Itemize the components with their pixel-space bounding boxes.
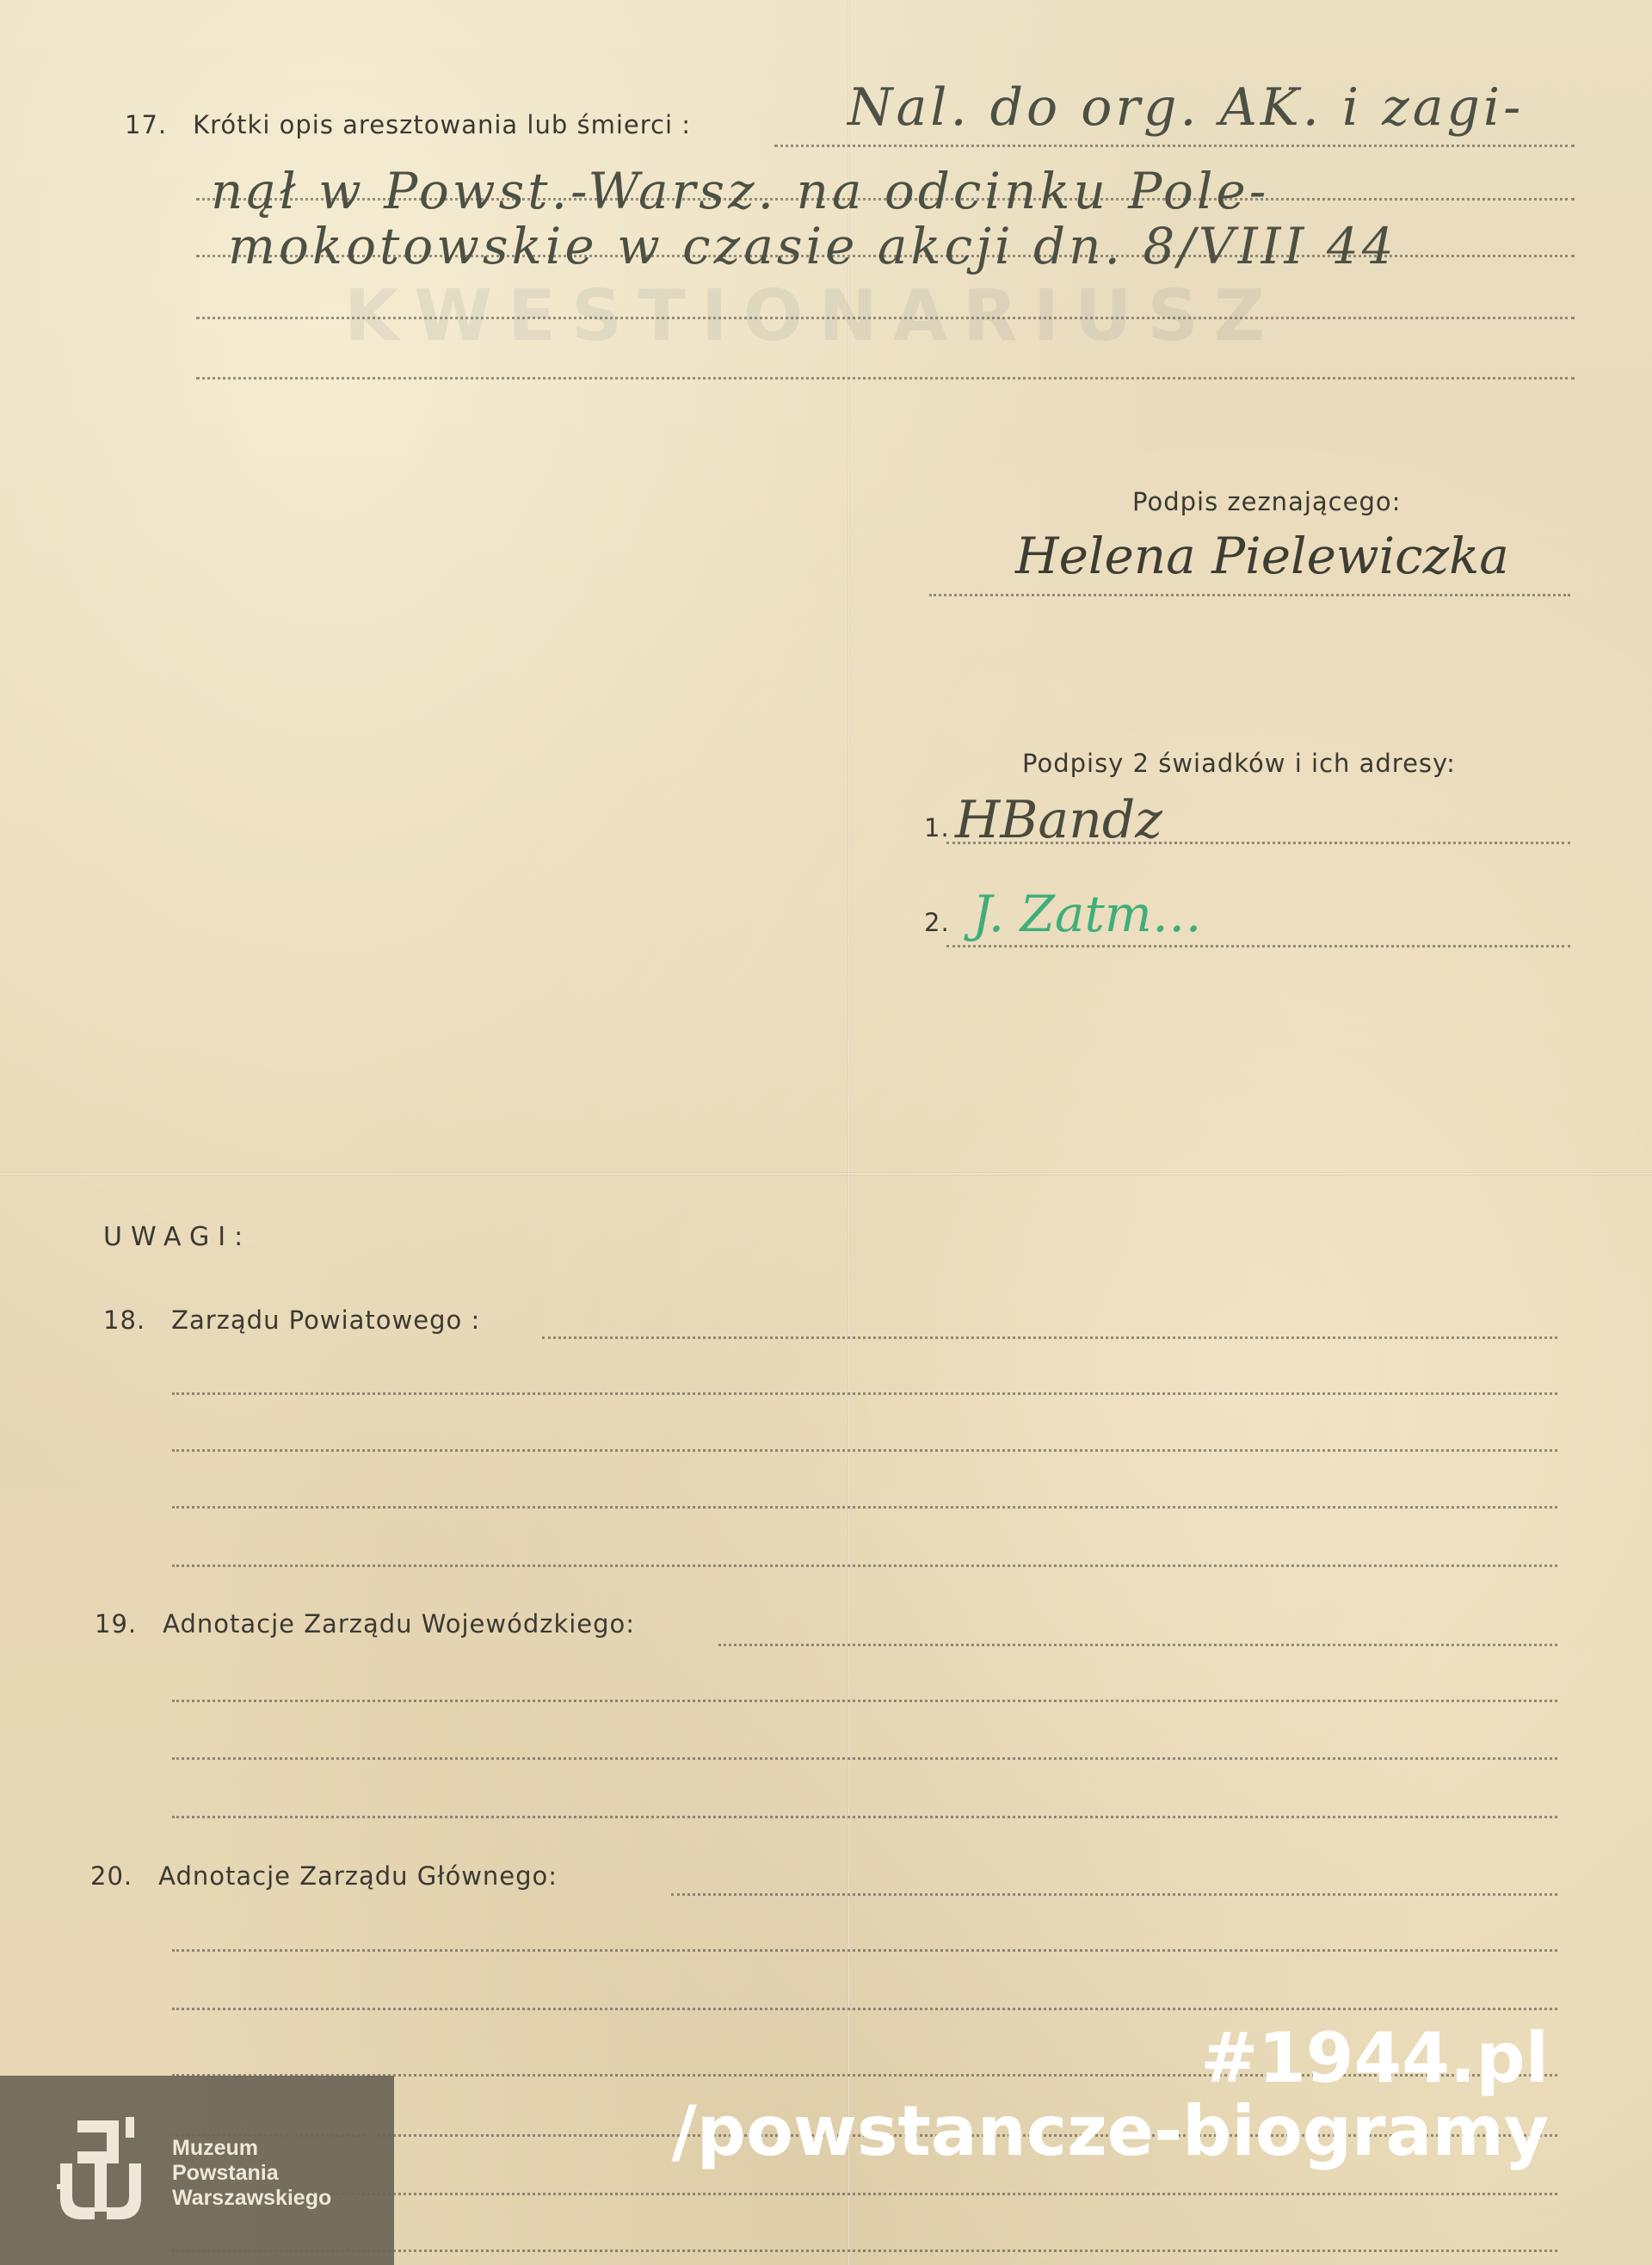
- witness-2-number: 2.: [924, 908, 950, 937]
- handwritten-answer-line-3: mokotowskie w czasie akcji dn. 8/VIII 44: [228, 217, 1397, 275]
- declarant-signature: Helena Pielewiczka: [1015, 527, 1509, 585]
- field-number: 18.: [103, 1305, 145, 1335]
- witness-1-line[interactable]: [946, 842, 1570, 844]
- field-label: Zarządu Powiatowego :: [171, 1305, 480, 1335]
- field-17-label-row: 17.Krótki opis aresztowania lub śmierci …: [125, 110, 691, 139]
- museum-name-line: Muzeum: [172, 2136, 331, 2161]
- field-number: 19.: [95, 1609, 137, 1639]
- kotwica-anchor-icon: [52, 2112, 163, 2228]
- watermark-path: /powstancze-biogramy: [672, 2091, 1549, 2171]
- field-number: 17.: [125, 110, 167, 139]
- answer-line[interactable]: [172, 2008, 1557, 2010]
- witness-1-number: 1.: [924, 813, 950, 842]
- museum-name-line: Warszawskiego: [172, 2186, 331, 2211]
- answer-line[interactable]: [172, 1565, 1557, 1567]
- answer-line[interactable]: [718, 1644, 1557, 1646]
- witness-2-signature: J. Zatm…: [972, 885, 1202, 943]
- paper-fold-horizontal: [0, 1172, 1652, 1176]
- answer-line[interactable]: [172, 1506, 1557, 1509]
- answer-line[interactable]: [172, 1449, 1557, 1452]
- witnesses-label: Podpisy 2 świadków i ich adresy:: [1022, 749, 1456, 778]
- answer-line[interactable]: [172, 1392, 1557, 1395]
- field-20-label-row: 20.Adnotacje Zarządu Głównego:: [90, 1861, 558, 1891]
- answer-line[interactable]: [196, 377, 1575, 380]
- answer-line[interactable]: [172, 1757, 1557, 1760]
- handwritten-answer-line-2: nął w Powst.-Warsz. na odcinku Pole-: [211, 162, 1269, 220]
- museum-name: Muzeum Powstania Warszawskiego: [172, 2136, 331, 2211]
- watermark-hashtag: #1944.pl: [1200, 2018, 1549, 2098]
- signature-line[interactable]: [929, 594, 1570, 596]
- answer-line[interactable]: [172, 1700, 1557, 1702]
- handwritten-answer-line-1: Nal. do org. AK. i zagi-: [848, 77, 1524, 138]
- field-label: Adnotacje Zarządu Głównego:: [158, 1861, 558, 1891]
- field-19-label-row: 19.Adnotacje Zarządu Wojewódzkiego:: [95, 1609, 635, 1639]
- answer-line[interactable]: [671, 1893, 1557, 1896]
- answer-line[interactable]: [196, 317, 1575, 319]
- answer-line[interactable]: [172, 1949, 1557, 1952]
- witness-2-line[interactable]: [946, 945, 1570, 947]
- field-label: Krótki opis aresztowania lub śmierci :: [193, 110, 691, 139]
- declarant-signature-label: Podpis zeznającego:: [1132, 487, 1401, 516]
- field-number: 20.: [90, 1861, 133, 1891]
- answer-line[interactable]: [172, 1816, 1557, 1818]
- answer-line[interactable]: [774, 145, 1575, 147]
- field-label: Adnotacje Zarządu Wojewódzkiego:: [163, 1609, 635, 1639]
- museum-logo-badge[interactable]: Muzeum Powstania Warszawskiego: [0, 2076, 394, 2265]
- field-18-label-row: 18.Zarządu Powiatowego :: [103, 1305, 480, 1335]
- answer-line[interactable]: [542, 1336, 1557, 1339]
- remarks-heading: UWAGI:: [103, 1222, 251, 1252]
- museum-name-line: Powstania: [172, 2161, 331, 2186]
